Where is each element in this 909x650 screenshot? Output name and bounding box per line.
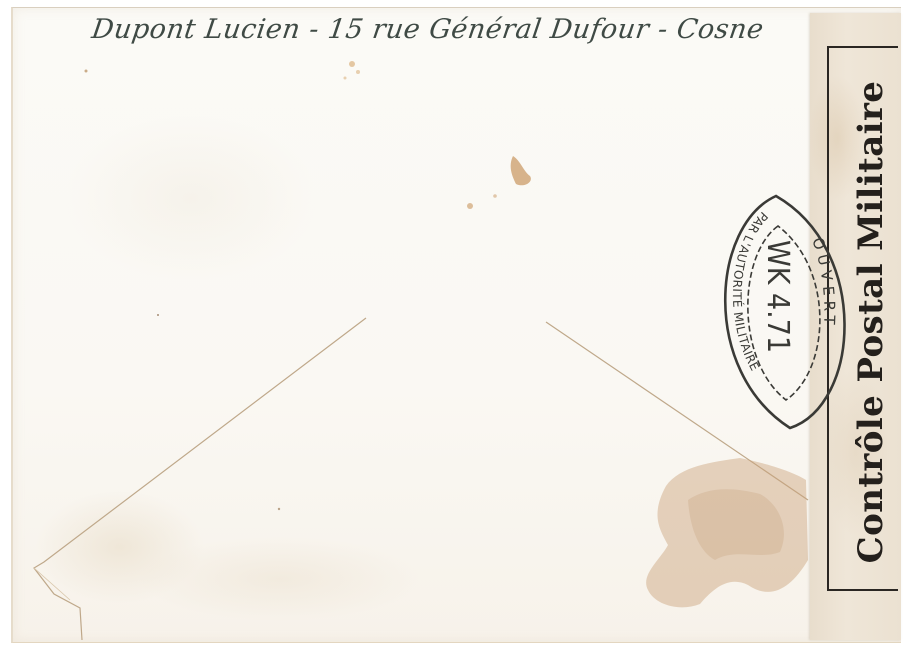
cachet-right-text: OUVERT — [808, 235, 838, 330]
censor-cachet-stamp: PAR L'AUTORITÉ MILITAIRE OUVERT WK 4.71 — [0, 0, 909, 650]
cachet-center-code: WK 4.71 — [760, 240, 795, 353]
